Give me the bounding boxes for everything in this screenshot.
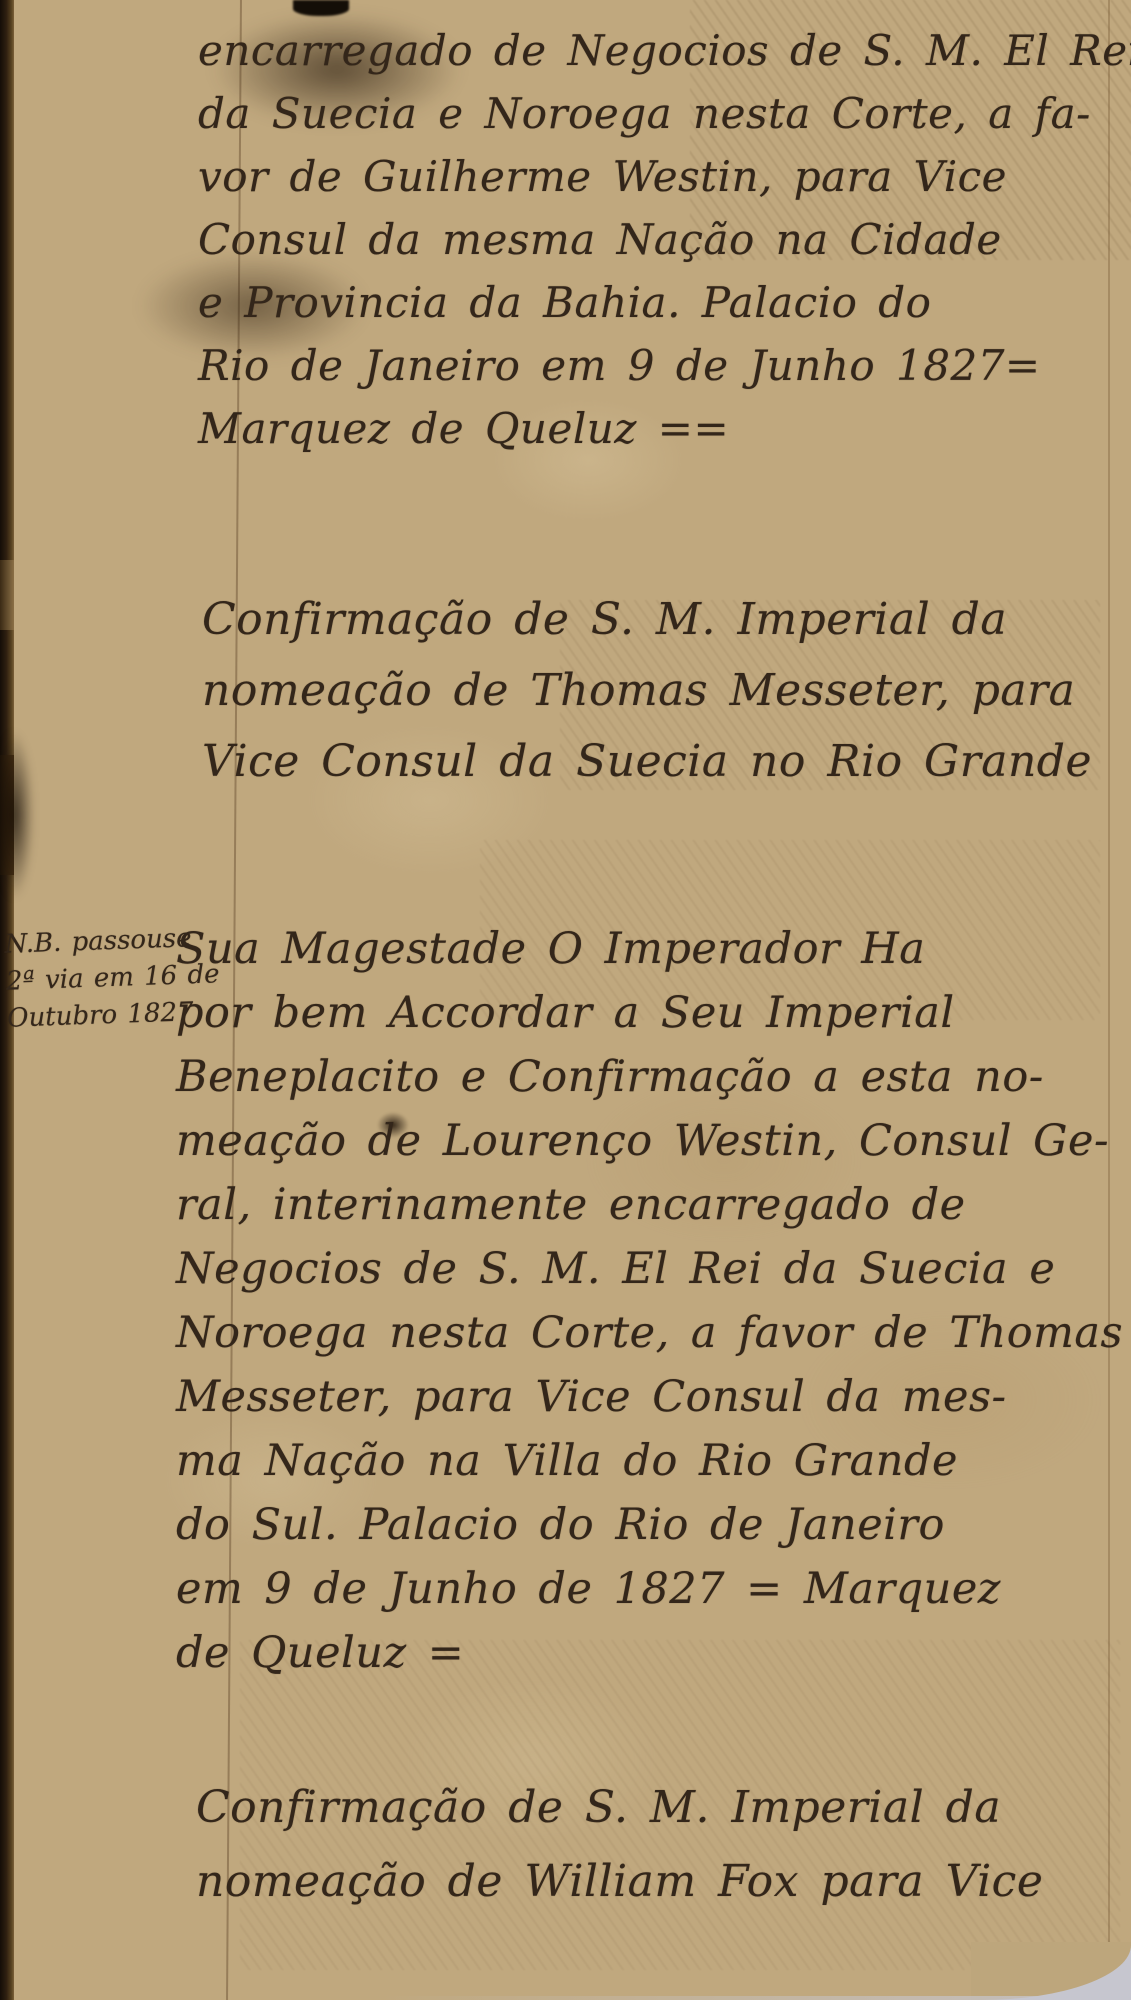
paragraph-continuation: encarregado de Negocios de S. M. El Rei … <box>198 26 1131 467</box>
text-line: Marquez de Queluz == <box>198 404 1131 467</box>
text-line: nomeação de William Fox para Vice <box>196 1856 1043 1930</box>
entry-body-text: Sua Magestade O Imperador Ha por bem Acc… <box>176 924 1123 1692</box>
text-line: Confirmação de S. M. Imperial da <box>196 1782 1043 1856</box>
page-bottom-edge <box>380 1996 1131 2000</box>
text-line: Negocios de S. M. El Rei da Suecia e <box>176 1244 1123 1308</box>
binding-band <box>0 560 14 630</box>
text-line: em 9 de Junho de 1827 = Marquez <box>176 1564 1123 1628</box>
text-line: nomeação de Thomas Messeter, para <box>202 665 1092 736</box>
text-line: da Suecia e Noroega nesta Corte, a fa- <box>198 89 1131 152</box>
text-line: de Queluz = <box>176 1628 1123 1692</box>
ink-smudge <box>0 730 34 900</box>
entry-heading-thomas-messeter: Confirmação de S. M. Imperial da nomeaçã… <box>202 594 1092 807</box>
text-line: Beneplacito e Confirmação a esta no- <box>176 1052 1123 1116</box>
scanner-background-corner <box>971 1942 1131 2000</box>
text-line: Consul da mesma Nação na Cidade <box>198 215 1131 278</box>
text-line: por bem Accordar a Seu Imperial <box>176 988 1123 1052</box>
text-line: vor de Guilherme Westin, para Vice <box>198 152 1131 215</box>
ink-mark <box>293 0 349 16</box>
text-line: encarregado de Negocios de S. M. El Rei <box>198 26 1131 89</box>
text-line: e Provincia da Bahia. Palacio do <box>198 278 1131 341</box>
text-line: Sua Magestade O Imperador Ha <box>176 924 1123 988</box>
entry-heading-william-fox: Confirmação de S. M. Imperial da nomeaçã… <box>196 1782 1043 1930</box>
text-line: ma Nação na Villa do Rio Grande <box>176 1436 1123 1500</box>
manuscript-scan: encarregado de Negocios de S. M. El Rei … <box>0 0 1131 2000</box>
text-line: meação de Lourenço Westin, Consul Ge- <box>176 1116 1123 1180</box>
text-line: Rio de Janeiro em 9 de Junho 1827= <box>198 341 1131 404</box>
text-line: Noroega nesta Corte, a favor de Thomas <box>176 1308 1123 1372</box>
text-line: ral, interinamente encarregado de <box>176 1180 1123 1244</box>
text-line: Vice Consul da Suecia no Rio Grande <box>202 736 1092 807</box>
text-line: do Sul. Palacio do Rio de Janeiro <box>176 1500 1123 1564</box>
text-line: Confirmação de S. M. Imperial da <box>202 594 1092 665</box>
text-line: Messeter, para Vice Consul da mes- <box>176 1372 1123 1436</box>
